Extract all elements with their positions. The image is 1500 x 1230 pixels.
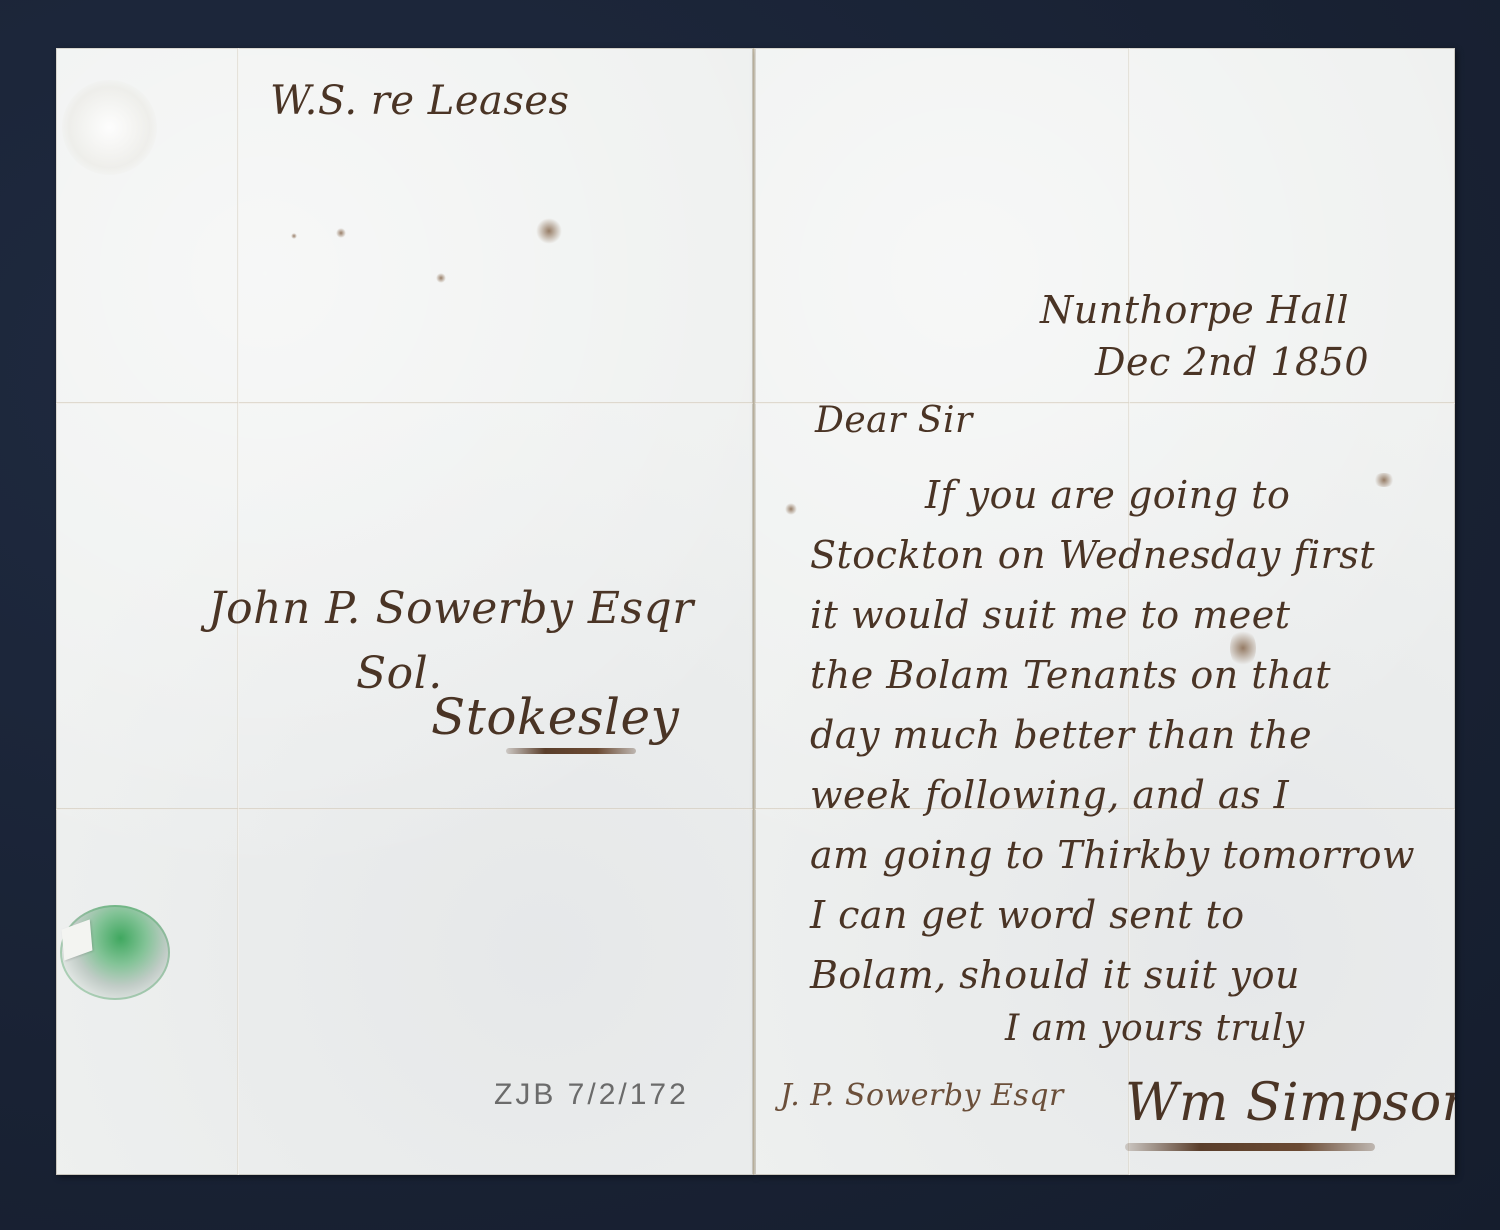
left-page: W.S. re Leases John P. Sowerby Esqr Sol.… <box>56 48 753 1175</box>
address-title: Sol. <box>356 648 443 699</box>
right-page: Nunthorpe Hall Dec 2nd 1850 Dear Sir If … <box>755 48 1455 1175</box>
body-line-5: day much better than the <box>810 713 1312 757</box>
body-line-7: am going to Thirkby tomorrow <box>810 833 1415 877</box>
embossed-stamp-mark <box>62 80 157 175</box>
address-underline <box>506 748 636 754</box>
ink-speck <box>336 228 346 238</box>
signature-underline <box>1125 1143 1375 1151</box>
body-line-1: If you are going to <box>925 473 1290 517</box>
ink-speck <box>436 273 446 283</box>
address-name: John P. Sowerby Esqr <box>208 583 694 634</box>
body-line-8: I can get word sent to <box>810 893 1245 937</box>
letter-place: Nunthorpe Hall <box>1040 288 1349 332</box>
addressee-footer: J. P. Sowerby Esqr <box>780 1078 1064 1113</box>
letter-date: Dec 2nd 1850 <box>1095 340 1369 384</box>
ink-speck <box>291 233 297 239</box>
horizontal-fold-line <box>56 808 753 810</box>
archive-reference: ZJB 7/2/172 <box>494 1078 689 1112</box>
ink-blot <box>1230 628 1256 668</box>
body-line-6: week following, and as I <box>810 773 1289 817</box>
salutation: Dear Sir <box>815 400 973 441</box>
ink-stain <box>536 218 562 244</box>
body-line-9: Bolam, should it suit you <box>810 953 1300 997</box>
address-town: Stokesley <box>431 688 679 746</box>
horizontal-fold-line <box>56 402 753 404</box>
body-line-3: it would suit me to meet <box>810 593 1291 637</box>
body-line-2: Stockton on Wednesday first <box>810 533 1375 577</box>
ink-speck <box>785 503 797 515</box>
closing: I am yours truly <box>1005 1008 1305 1049</box>
signature: Wm Simpson <box>1125 1073 1455 1133</box>
docket-note: W.S. re Leases <box>270 78 570 124</box>
ink-blot <box>1373 473 1395 487</box>
